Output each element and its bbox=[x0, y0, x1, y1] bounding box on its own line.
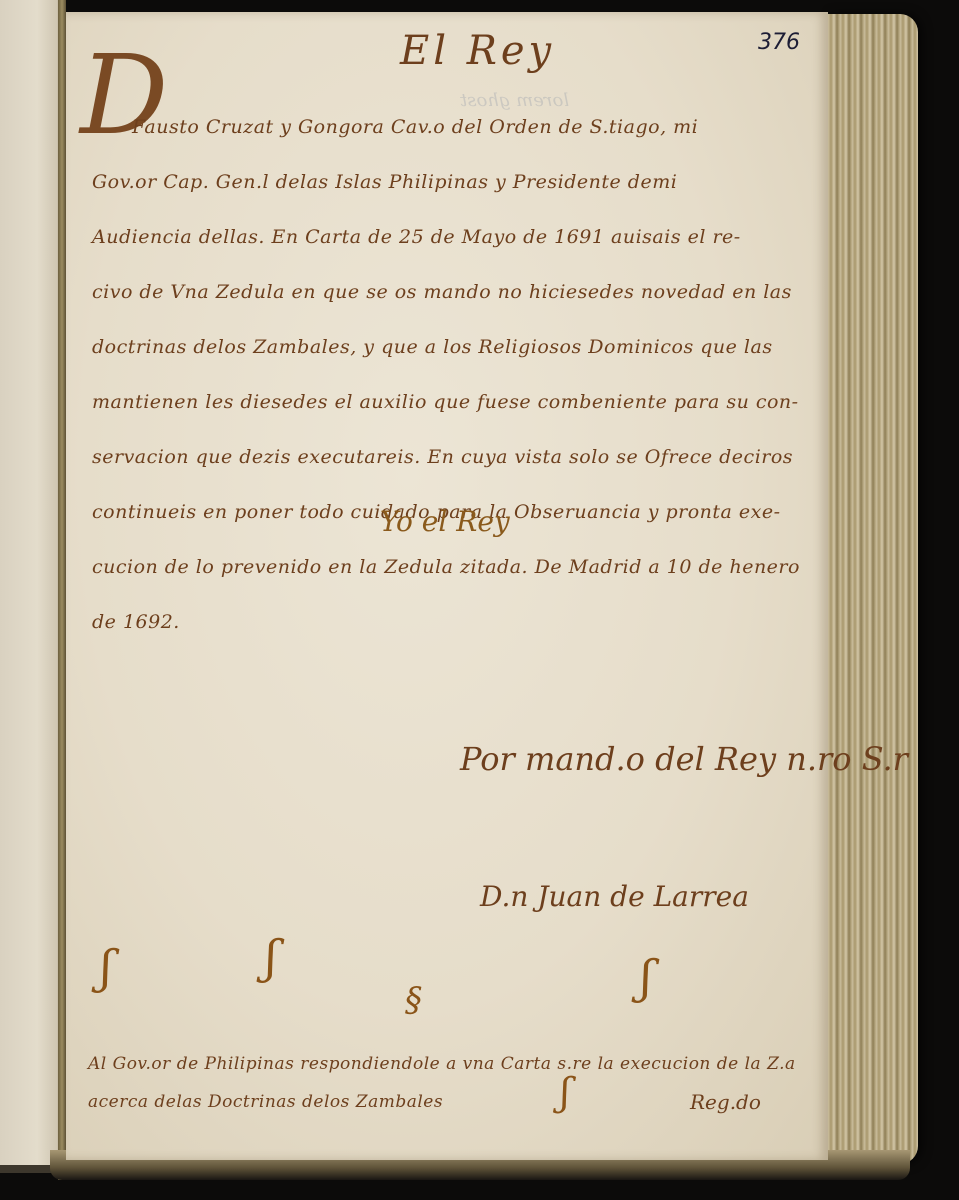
countersign-line-2: D.n Juan de Larrea bbox=[480, 880, 749, 913]
summary-line: Al Gov.or de Philipinas respondiendole a… bbox=[88, 1045, 818, 1083]
body-line: de 1692. bbox=[92, 595, 812, 650]
body-line: cucion de lo prevenido en la Zedula zita… bbox=[92, 540, 812, 595]
body-line: Fausto Cruzat y Gongora Cav.o del Orden … bbox=[92, 100, 812, 155]
body-line: servacion que dezis executareis. En cuya… bbox=[92, 430, 812, 485]
rubric-flourish-icon: ʃ bbox=[265, 930, 278, 984]
rubric-flourish-icon: ʃ bbox=[640, 950, 653, 1004]
facing-page bbox=[0, 0, 62, 1173]
letter-body: Fausto Cruzat y Gongora Cav.o del Orden … bbox=[92, 100, 812, 650]
body-line: civo de Vna Zedula en que se os mando no… bbox=[92, 265, 812, 320]
body-line: mantienen les diesedes el auxilio que fu… bbox=[92, 375, 812, 430]
book-gutter bbox=[58, 0, 66, 1180]
rubric-flourish-icon: § bbox=[405, 980, 422, 1020]
countersign-line-1: Por mand.o del Rey n.ro S.r bbox=[460, 740, 908, 778]
royal-signature: Yo el Rey bbox=[380, 505, 510, 538]
document-heading: El Rey bbox=[400, 28, 555, 74]
body-line: Gov.or Cap. Gen.l delas Islas Philipinas… bbox=[92, 155, 812, 210]
page-edges bbox=[828, 14, 918, 1164]
body-line: doctrinas delos Zambales, y que a los Re… bbox=[92, 320, 812, 375]
rubric-flourish-icon: ʃ bbox=[100, 940, 113, 994]
registry-note: Reg.do bbox=[690, 1090, 761, 1114]
folio-number: 376 bbox=[758, 30, 800, 55]
body-line: Audiencia dellas. En Carta de 25 de Mayo… bbox=[92, 210, 812, 265]
